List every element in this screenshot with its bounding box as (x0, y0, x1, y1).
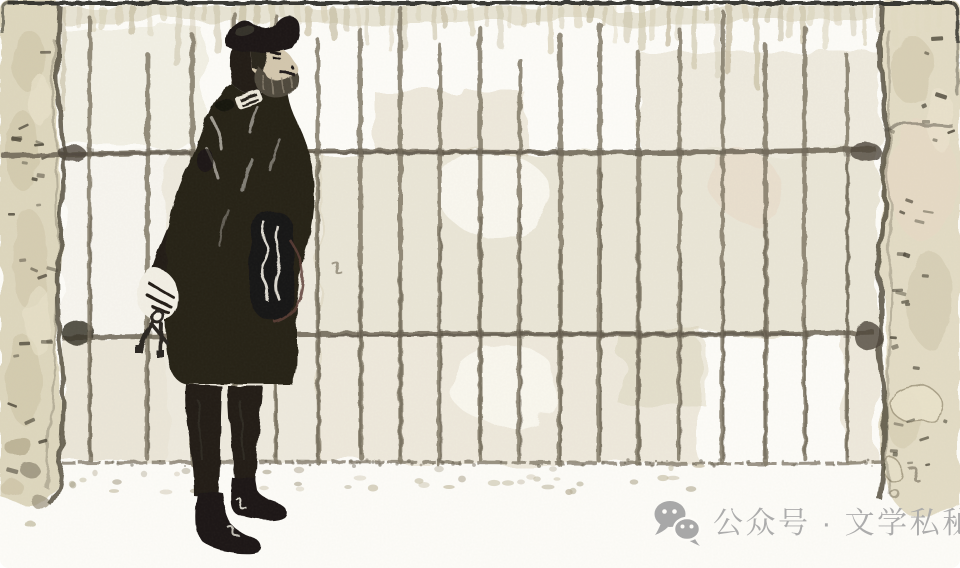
watermark-text: 公众号 · 文学私秘 (713, 497, 960, 551)
watermark: 公众号 · 文学私秘 (652, 497, 960, 551)
illustration-canvas (0, 0, 960, 568)
illustration-photo: 公众号 · 文学私秘 (0, 0, 960, 568)
paper-grain (0, 0, 960, 568)
wechat-icon (652, 497, 704, 551)
